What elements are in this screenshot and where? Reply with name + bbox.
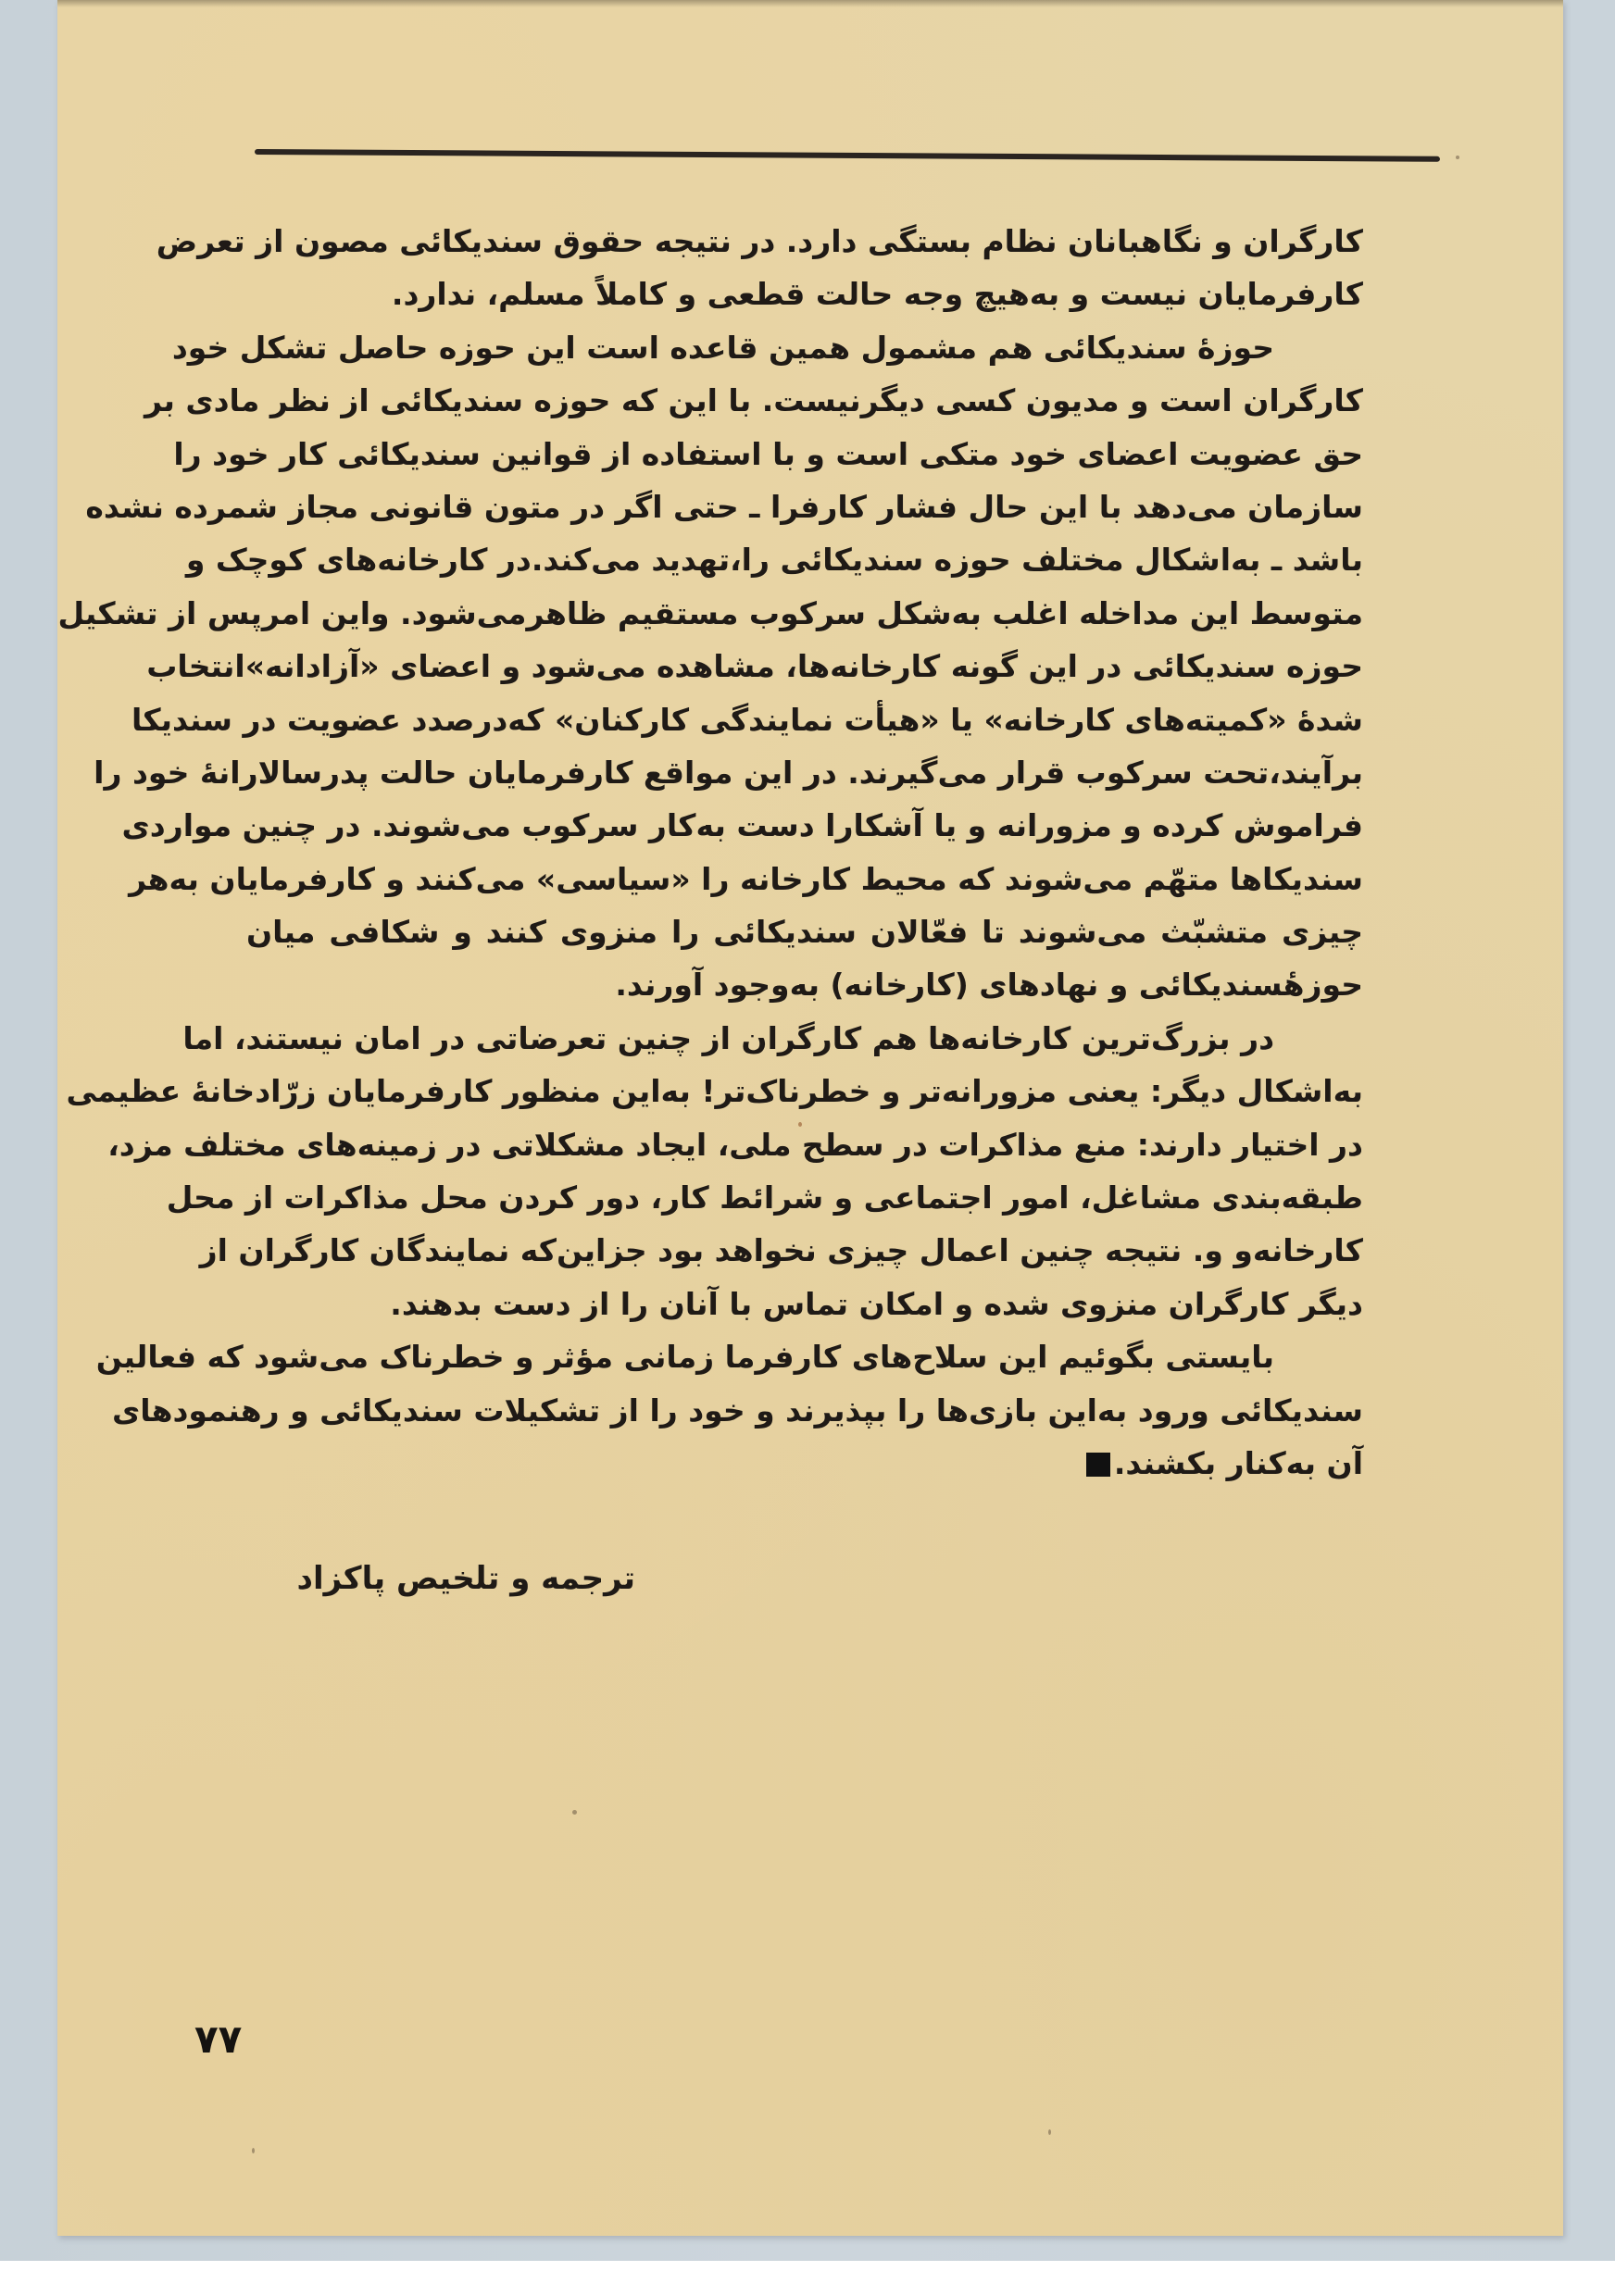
paragraph-start-line: در بزرگ‌ترین کارخانه‌ها هم کارگران از چن… (246, 1012, 1363, 1065)
text-line: کارفرمایان نیست و به‌هیچ وجه حالت قطعی و… (246, 268, 1363, 320)
text-line: متوسط این مداخله اغلب به‌شکل سرکوب مستقی… (246, 587, 1363, 640)
text-line: برآیند،تحت سرکوب قرار می‌گیرند. در این م… (246, 746, 1363, 799)
final-line: آن به‌کنار بکشند. (246, 1437, 1363, 1490)
page-top-shadow (57, 0, 1563, 7)
text-line: چیزی متشبّث می‌شوند تا فعّالان سندیکائی … (246, 905, 1363, 958)
text-line: سندیکائی ورود به‌این بازی‌ها را بپذیرند … (246, 1384, 1363, 1437)
text-line: آن به‌کنار بکشند. (1114, 1445, 1363, 1481)
end-of-article-square-icon (1086, 1453, 1110, 1477)
article-body: کارگران و نگاهبانان نظام بستگی دارد. در … (246, 215, 1363, 1490)
paragraph-start-line: حوزهٔ سندیکائی هم مشمول همین قاعده است ا… (246, 321, 1363, 374)
text-line: در اختیار دارند: منع مذاکرات در سطح ملی،… (246, 1118, 1363, 1171)
text-line: سندیکاها متهّم می‌شوند که محیط کارخانه ر… (246, 853, 1363, 905)
text-line: باشد ـ به‌اشکال مختلف حوزه سندیکائی را،ت… (246, 533, 1363, 586)
text-line: به‌اشکال دیگر: یعنی مزورانه‌تر و خطرناک‌… (246, 1065, 1363, 1117)
text-line: حوزهٔسندیکائی و نهادهای (کارخانه) به‌وجو… (246, 958, 1363, 1011)
header-rule (255, 149, 1440, 162)
text-line: شدهٔ «کمیته‌های کارخانه» یا «هیأت نمایند… (246, 693, 1363, 746)
text-line: طبقه‌بندی مشاغل، امور اجتماعی و شرائط کا… (246, 1171, 1363, 1224)
paper-speck (572, 1810, 577, 1815)
page-number: ۷۷ (194, 2016, 242, 2062)
text-line: کارخانه‌و و. نتیجه چنین اعمال چیزی نخواه… (246, 1224, 1363, 1277)
paragraph-start-line: بایستی بگوئیم این سلاح‌های کارفرما زمانی… (246, 1330, 1363, 1383)
author-credit: ترجمه و تلخیص پاکزاد (246, 1560, 635, 1597)
paper-speck (1048, 2129, 1051, 2135)
text-line: سازمان می‌دهد با این حال فشار کارفرا ـ ح… (246, 480, 1363, 533)
paper-speck (1456, 156, 1459, 159)
text-line: حق عضویت اعضای خود متکی است و با استفاده… (246, 428, 1363, 480)
text-line: دیگر کارگران منزوی شده و امکان تماس با آ… (246, 1278, 1363, 1330)
text-line: فراموش کرده و مزورانه و یا آشکارا دست به… (246, 799, 1363, 852)
text-line: کارگران و نگاهبانان نظام بستگی دارد. در … (246, 215, 1363, 268)
text-line: حوزه سندیکائی در این گونه کارخانه‌ها، مش… (246, 640, 1363, 693)
text-line: کارگران است و مدیون کسی دیگرنیست. با این… (246, 374, 1363, 427)
paper-speck (252, 2148, 255, 2153)
